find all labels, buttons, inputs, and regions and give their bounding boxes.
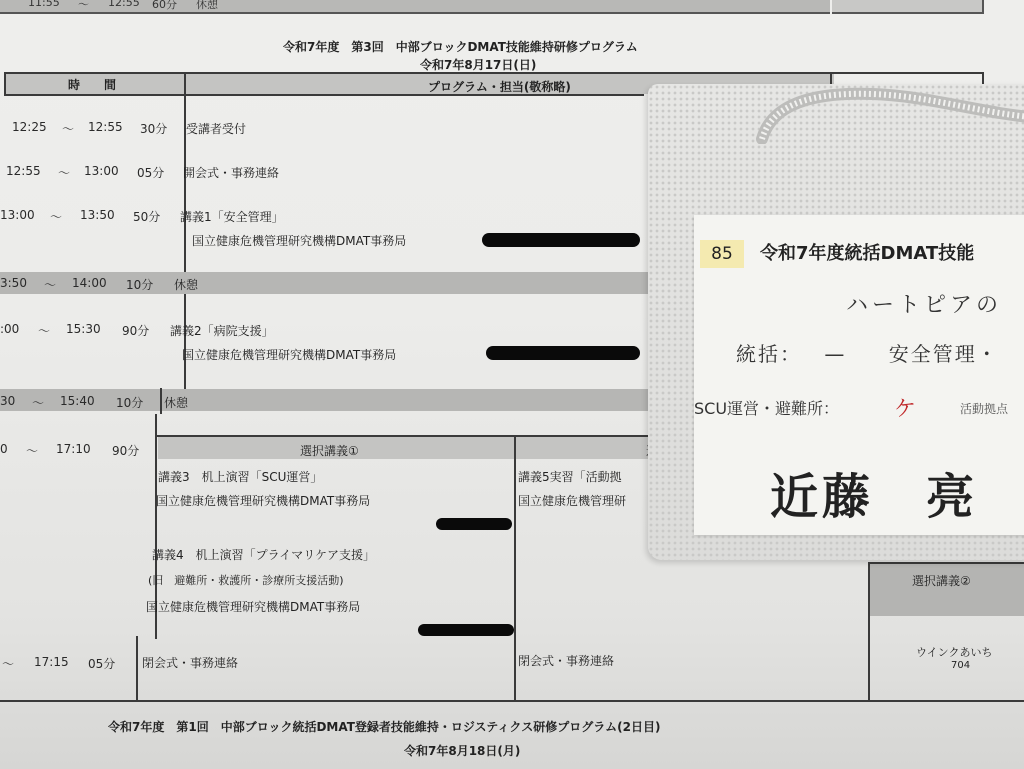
badge-venue: ハートピアの	[846, 288, 1002, 319]
row-program: 講義1「安全管理」	[180, 208, 284, 225]
badge-number: 85	[700, 240, 744, 268]
lecture3-title: 講義3 机上演習「SCU運営」	[158, 468, 322, 485]
row-program: 閉会式・事務連絡	[142, 654, 238, 671]
row-duration: 05分	[88, 655, 115, 672]
role-value: —	[824, 342, 846, 366]
badge-name: 近藤 亮	[770, 458, 978, 527]
badge-title: 令和7年度統括DMAT技能	[760, 240, 974, 268]
elective-header-bg	[158, 437, 656, 459]
row-tilde: 〜	[44, 276, 56, 293]
prev-tilde: 〜	[78, 0, 89, 12]
lecture5-presenter: 国立健康危機管理研	[518, 492, 626, 509]
row-end: 12:55	[88, 120, 123, 134]
row-tilde: 〜	[62, 120, 74, 137]
day1-date: 令和7年8月17日(日)	[420, 56, 536, 73]
day2-title: 令和7年度 第1回 中部ブロック統括DMAT登録者技能維持・ロジスティクス研修プ…	[108, 718, 660, 735]
day2-date: 令和7年8月18日(月)	[404, 742, 520, 759]
redaction	[482, 233, 640, 247]
row-presenter: 国立健康危機管理研究機構DMAT事務局	[182, 346, 396, 363]
lecture4-title: 講義4 机上演習「プライマリケア支援」	[152, 546, 375, 563]
row-tilde: 〜	[32, 394, 44, 411]
row-program-col2: 閉会式・事務連絡	[518, 652, 614, 669]
divider	[514, 435, 516, 700]
row-start: 12:25	[12, 120, 47, 134]
row-duration: 50分	[133, 208, 160, 225]
row-program: 開会式・事務連絡	[183, 164, 279, 181]
divider	[136, 636, 138, 702]
row-tilde: 〜	[2, 655, 14, 672]
row-end: 14:00	[72, 276, 107, 290]
day1-title: 令和7年度 第3回 中部ブロックDMAT技能維持研修プログラム	[283, 38, 638, 55]
row-end: 15:30	[66, 322, 101, 336]
break-bar	[0, 389, 655, 411]
row-tilde: 〜	[38, 322, 50, 339]
elective2-room: 704	[951, 660, 970, 671]
lanyard-cord-icon	[752, 84, 1024, 144]
row-program: 受講者受付	[186, 120, 246, 137]
row-start: 12:55	[6, 164, 41, 178]
header-program: プログラム・担当(敬称略)	[428, 78, 571, 95]
row-end: 13:50	[80, 208, 115, 222]
previous-table-row: 11:55 〜 12:55 60分 休憩	[0, 0, 830, 14]
row-start: :00	[0, 322, 19, 336]
lecture4-presenter: 国立健康危機管理研究機構DMAT事務局	[146, 598, 360, 615]
badge-scu-value: ケ	[894, 392, 916, 423]
prev-start: 11:55	[28, 0, 60, 9]
badge-activity-label: 活動拠点	[960, 400, 1008, 417]
row-start: 3:50	[0, 276, 27, 290]
row-duration: 30分	[140, 120, 167, 137]
elective2-header: 選択講義②	[912, 572, 971, 589]
role-label: 統括：	[736, 342, 802, 366]
badge-role: 統括： — 安全管理・	[736, 338, 999, 367]
redaction	[436, 518, 512, 530]
row-duration: 10分	[126, 276, 153, 293]
row-end: 15:40	[60, 394, 95, 408]
table-bottom-border	[0, 700, 1024, 702]
elective2-venue: ウインクあいち	[916, 644, 992, 660]
row-start: 13:00	[0, 208, 35, 222]
row-duration: 90分	[112, 442, 139, 459]
previous-table-right	[832, 0, 984, 14]
prev-duration: 60分	[152, 0, 177, 12]
divider	[4, 72, 6, 96]
role-extra: 安全管理・	[889, 342, 999, 366]
redaction	[486, 346, 640, 360]
row-tilde: 〜	[50, 208, 62, 225]
divider	[160, 388, 162, 414]
lecture3-presenter: 国立健康危機管理研究機構DMAT事務局	[156, 492, 370, 509]
row-presenter: 国立健康危機管理研究機構DMAT事務局	[192, 232, 406, 249]
row-end: 13:00	[84, 164, 119, 178]
redaction	[418, 624, 514, 636]
row-duration: 10分	[116, 394, 143, 411]
lecture5-title: 講義5実習「活動拠	[518, 468, 622, 485]
row-program: 休憩	[174, 276, 198, 293]
header-time: 時 間	[68, 76, 116, 93]
row-program: 休憩	[164, 394, 188, 411]
elective1-header: 選択講義①	[300, 442, 359, 459]
row-start: 30	[0, 394, 15, 408]
row-end: 17:15	[34, 655, 69, 669]
prev-end: 12:55	[108, 0, 140, 9]
row-end: 17:10	[56, 442, 91, 456]
prev-program: 休憩	[196, 0, 218, 12]
row-start: 0	[0, 442, 8, 456]
row-tilde: 〜	[58, 164, 70, 181]
row-duration: 90分	[122, 322, 149, 339]
lecture4-note: (旧 避難所・救護所・診療所支援活動)	[148, 572, 344, 588]
badge-scu-label: SCU運営・避難所：	[694, 396, 839, 419]
row-duration: 05分	[137, 164, 164, 181]
row-tilde: 〜	[26, 442, 38, 459]
divider	[4, 72, 984, 74]
row-program: 講義2「病院支援」	[170, 322, 274, 339]
